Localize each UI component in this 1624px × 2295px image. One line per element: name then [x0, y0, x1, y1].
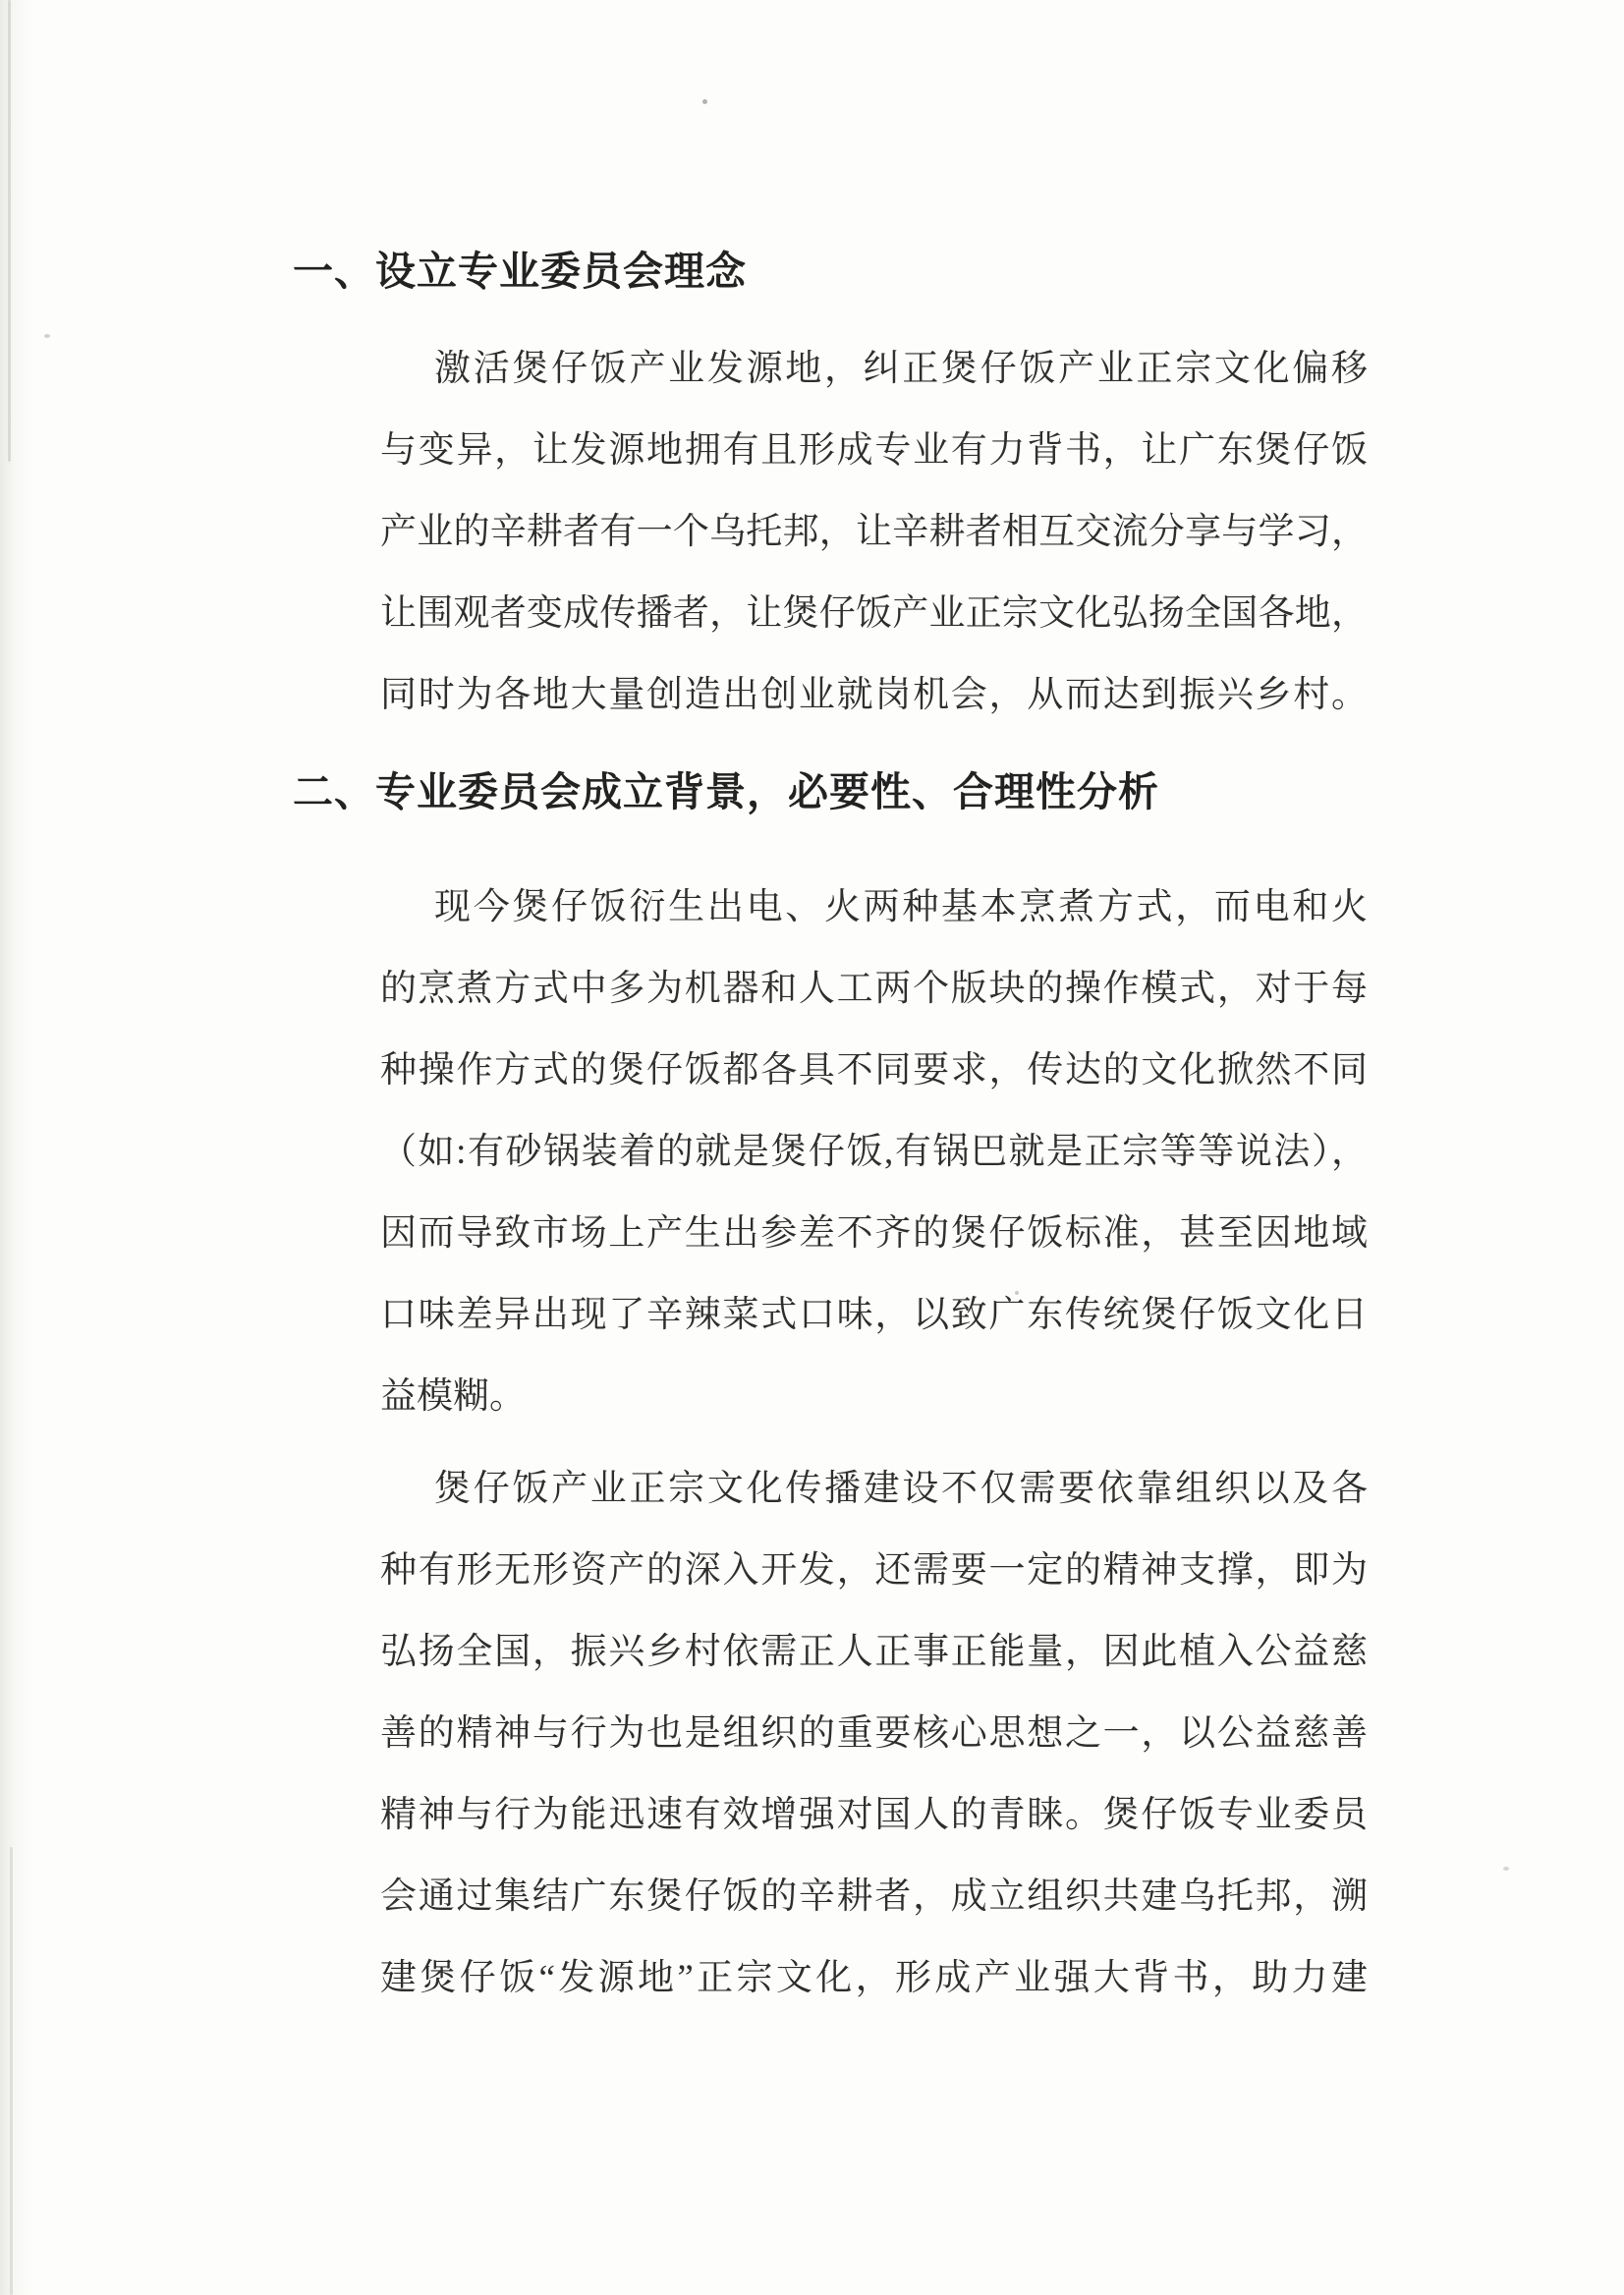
- scan-streak: [10, 1847, 13, 2295]
- text-line: 益模糊。: [380, 1356, 1368, 1437]
- text-line: 与变异，让发源地拥有且形成专业有力背书，让广东煲仔饭: [380, 410, 1368, 491]
- section-heading-1: 一、设立专业委员会理念: [293, 248, 747, 295]
- scan-speck: [1503, 1867, 1509, 1871]
- text-line: 弘扬全国，振兴乡村依需正人正事正能量，因此植入公益慈: [380, 1611, 1368, 1693]
- scan-edge-shadow: [0, 0, 33, 2295]
- text-line: 产业的辛耕者有一个乌托邦，让辛耕者相互交流分享与学习，: [380, 491, 1368, 573]
- text-line: 建煲仔饭“发源地”正宗文化，形成产业强大背书，助力建: [380, 1937, 1368, 2019]
- text-line: 煲仔饭产业正宗文化传播建设不仅需要依靠组织以及各: [380, 1448, 1368, 1530]
- text-line: 精神与行为能迅速有效增强对国人的青睐。煲仔饭专业委员: [380, 1774, 1368, 1856]
- scan-speck: [44, 334, 50, 338]
- document-page: 一、设立专业委员会理念 激活煲仔饭产业发源地，纠正煲仔饭产业正宗文化偏移 与变异…: [0, 0, 1624, 2295]
- text-line: 善的精神与行为也是组织的重要核心思想之一，以公益慈善: [380, 1693, 1368, 1774]
- paragraph-2: 现今煲仔饭衍生出电、火两种基本烹煮方式，而电和火 的烹煮方式中多为机器和人工两个…: [380, 867, 1368, 1437]
- text-line: 种操作方式的煲仔饭都各具不同要求，传达的文化掀然不同: [380, 1030, 1368, 1111]
- paragraph-1: 激活煲仔饭产业发源地，纠正煲仔饭产业正宗文化偏移 与变异，让发源地拥有且形成专业…: [380, 328, 1368, 736]
- text-line: 因而导致市场上产生出参差不齐的煲仔饭标准，甚至因地域: [380, 1193, 1368, 1274]
- paragraph-3: 煲仔饭产业正宗文化传播建设不仅需要依靠组织以及各 种有形无形资产的深入开发，还需…: [380, 1448, 1368, 2019]
- text-line: 激活煲仔饭产业发源地，纠正煲仔饭产业正宗文化偏移: [380, 328, 1368, 410]
- text-line: 的烹煮方式中多为机器和人工两个版块的操作模式，对于每: [380, 948, 1368, 1030]
- text-line: 让围观者变成传播者，让煲仔饭产业正宗文化弘扬全国各地，: [380, 573, 1368, 654]
- scan-speck: [702, 99, 707, 104]
- scan-streak: [8, 0, 11, 462]
- text-line: 会通过集结广东煲仔饭的辛耕者，成立组织共建乌托邦，溯: [380, 1856, 1368, 1937]
- text-line: （如:有砂锅装着的就是煲仔饭,有锅巴就是正宗等等说法），: [380, 1111, 1368, 1193]
- text-line: 同时为各地大量创造出创业就岗机会，从而达到振兴乡村。: [380, 654, 1368, 736]
- text-line: 现今煲仔饭衍生出电、火两种基本烹煮方式，而电和火: [380, 867, 1368, 948]
- text-line: 口味差异出现了辛辣菜式口味，以致广东传统煲仔饭文化日: [380, 1274, 1368, 1356]
- section-heading-2: 二、专业委员会成立背景，必要性、合理性分析: [293, 768, 1159, 815]
- text-line: 种有形无形资产的深入开发，还需要一定的精神支撑，即为: [380, 1530, 1368, 1611]
